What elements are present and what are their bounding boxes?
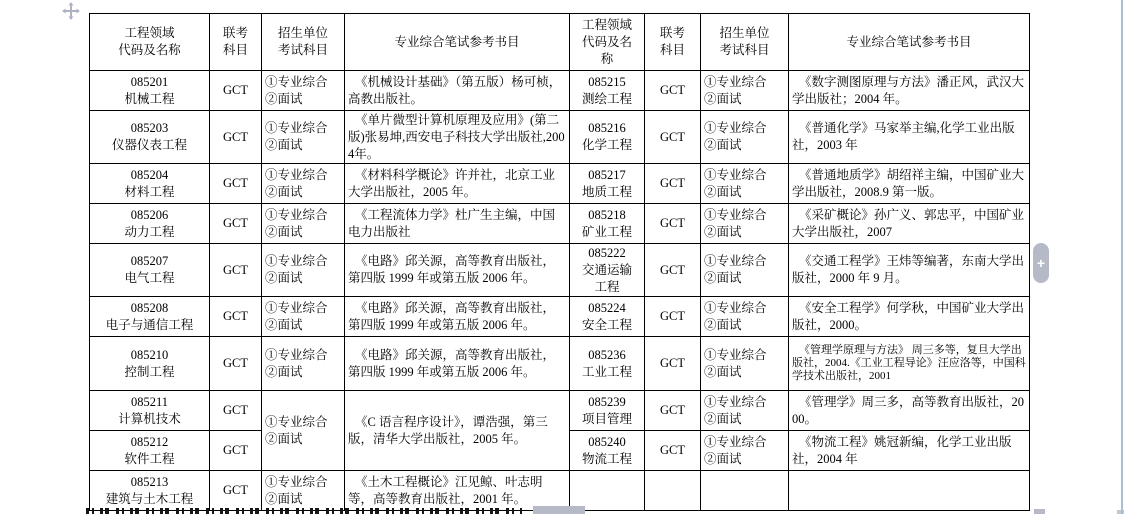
reference-books-cell: 《普通化学》马家举主编,化学工业出版社，2003 年 (789, 111, 1030, 164)
joint-exam-cell: GCT (210, 471, 262, 511)
joint-exam-cell: GCT (645, 204, 701, 244)
field-code-name-cell: 085211 计算机技术 (90, 391, 210, 431)
joint-exam-cell: GCT (210, 337, 262, 391)
reference-books-cell: 《安全工程学》何学秋，中国矿业大学出版社，2000。 (789, 297, 1030, 337)
reference-books-cell: 《电路》邱关源，高等教育出版社，第四版 1999 年或第五版 2006 年。 (345, 297, 570, 337)
clipped-text-line (86, 508, 522, 514)
table-row: 085207 电气工程GCT①专业综合 ②面试《电路》邱关源，高等教育出版社，第… (90, 244, 1030, 297)
reference-books-cell: 《材料科学概论》许并社，北京工业大学出版社，2005 年。 (345, 164, 570, 204)
joint-exam-cell (645, 471, 701, 511)
reference-books-cell: 《工程流体力学》杜广生主编，中国电力出版社 (345, 204, 570, 244)
joint-exam-cell: GCT (210, 297, 262, 337)
field-code-name-cell: 085217 地质工程 (570, 164, 645, 204)
joint-exam-cell: GCT (210, 431, 262, 471)
reference-books-cell: 《采矿概论》孙广义、郭忠平，中国矿业大学出版社，2007 (789, 204, 1030, 244)
horizontal-scrollbar-thumb[interactable] (533, 506, 585, 514)
joint-exam-cell: GCT (210, 111, 262, 164)
joint-exam-cell: GCT (645, 164, 701, 204)
unit-exam-header-right: 招生单位 考试科目 (701, 14, 789, 71)
joint-exam-cell: GCT (645, 297, 701, 337)
unit-exam-subjects-cell: ①专业综合 ②面试 (262, 337, 345, 391)
unit-exam-subjects-cell: ①专业综合 ②面试 (701, 431, 789, 471)
field-code-name-cell (570, 471, 645, 511)
reference-books-cell: 《数字测图原理与方法》潘正风，武汉大学出版社；2004 年。 (789, 71, 1030, 111)
joint-exam-cell: GCT (645, 111, 701, 164)
field-code-header-right: 工程领域 代码及名 称 (570, 14, 645, 71)
table-row: 085213 建筑与土木工程GCT①专业综合 ②面试《土木工程概论》江见鲸、叶志… (90, 471, 1030, 511)
reference-books-cell: 《物流工程》姚冠新编，化学工业出版社，2004 年 (789, 431, 1030, 471)
table-move-handle-icon[interactable] (62, 2, 80, 20)
unit-exam-subjects-cell: ①专业综合 ②面试 (262, 164, 345, 204)
joint-exam-cell: GCT (645, 71, 701, 111)
table-row: 085206 动力工程GCT①专业综合 ②面试《工程流体力学》杜广生主编，中国电… (90, 204, 1030, 244)
unit-exam-subjects-cell: ①专业综合 ②面试 (701, 244, 789, 297)
field-code-name-cell: 085212 软件工程 (90, 431, 210, 471)
joint-exam-header-left: 联考 科目 (210, 14, 262, 71)
joint-exam-cell: GCT (210, 391, 262, 431)
reference-books-cell: 《C 语言程序设计》，谭浩强，第三版，清华大学出版社，2005 年。 (345, 391, 570, 471)
table-row: 085211 计算机技术GCT①专业综合 ②面试《C 语言程序设计》，谭浩强，第… (90, 391, 1030, 431)
field-code-name-cell: 085216 化学工程 (570, 111, 645, 164)
field-code-name-cell: 085201 机械工程 (90, 71, 210, 111)
field-code-header-left: 工程领域 代码及名称 (90, 14, 210, 71)
header-row: 工程领域 代码及名称联考 科目招生单位 考试科目专业综合笔试参考书目工程领域 代… (90, 14, 1030, 71)
reference-books-header-right: 专业综合笔试参考书目 (789, 14, 1030, 71)
reference-books-cell: 《单片微型计算机原理及应用》(第二版)张易坤,西安电子科技大学出版社,2004年… (345, 111, 570, 164)
reference-books-cell: 《普通地质学》胡绍祥主编，中国矿业大学出版社，2008.9 第一版。 (789, 164, 1030, 204)
unit-exam-subjects-cell: ①专业综合 ②面试 (262, 71, 345, 111)
table-row: 085210 控制工程GCT①专业综合 ②面试《电路》邱关源，高等教育出版社，第… (90, 337, 1030, 391)
field-code-name-cell: 085236 工业工程 (570, 337, 645, 391)
unit-exam-subjects-cell: ①专业综合 ②面试 (701, 337, 789, 391)
table-row: 085201 机械工程GCT①专业综合 ②面试《机械设计基础》（第五版）杨可桢，… (90, 71, 1030, 111)
unit-exam-subjects-cell: ①专业综合 ②面试 (701, 71, 789, 111)
admissions-reference-table: 工程领域 代码及名称联考 科目招生单位 考试科目专业综合笔试参考书目工程领域 代… (89, 13, 1030, 511)
joint-exam-cell: GCT (645, 337, 701, 391)
document-page: 工程领域 代码及名称联考 科目招生单位 考试科目专业综合笔试参考书目工程领域 代… (0, 0, 1124, 514)
unit-exam-subjects-cell: ①专业综合 ②面试 (701, 391, 789, 431)
unit-exam-header-left: 招生单位 考试科目 (262, 14, 345, 71)
joint-exam-cell: GCT (210, 71, 262, 111)
move-arrows-icon (62, 2, 80, 20)
unit-exam-subjects-cell: ①专业综合 ②面试 (262, 391, 345, 471)
field-code-name-cell: 085239 项目管理 (570, 391, 645, 431)
plus-glyph: + (1037, 255, 1045, 271)
field-code-name-cell: 085213 建筑与土木工程 (90, 471, 210, 511)
table-row: 085208 电子与通信工程GCT①专业综合 ②面试《电路》邱关源，高等教育出版… (90, 297, 1030, 337)
reference-books-cell (789, 471, 1030, 511)
unit-exam-subjects-cell: ①专业综合 ②面试 (262, 111, 345, 164)
unit-exam-subjects-cell: ①专业综合 ②面试 (701, 111, 789, 164)
field-code-name-cell: 085204 材料工程 (90, 164, 210, 204)
unit-exam-subjects-cell: ①专业综合 ②面试 (262, 297, 345, 337)
joint-exam-cell: GCT (210, 204, 262, 244)
field-code-name-cell: 085207 电气工程 (90, 244, 210, 297)
reference-books-cell: 《电路》邱关源，高等教育出版社，第四版 1999 年或第五版 2006 年。 (345, 337, 570, 391)
joint-exam-header-right: 联考 科目 (645, 14, 701, 71)
field-code-name-cell: 085215 测绘工程 (570, 71, 645, 111)
joint-exam-cell: GCT (645, 431, 701, 471)
joint-exam-cell: GCT (210, 244, 262, 297)
joint-exam-cell: GCT (645, 391, 701, 431)
reference-books-cell: 《管理学》周三多，高等教育出版社，2000。 (789, 391, 1030, 431)
field-code-name-cell: 085210 控制工程 (90, 337, 210, 391)
insert-row-plus-icon[interactable]: + (1033, 243, 1049, 283)
reference-books-cell: 《管理学原理与方法》 周三多等，复旦大学出版社，2004.《工业工程导论》汪应洛… (789, 337, 1030, 391)
reference-books-cell: 《交通工程学》王炜等编著，东南大学出版社，2000 年 9 月。 (789, 244, 1030, 297)
unit-exam-subjects-cell: ①专业综合 ②面试 (701, 297, 789, 337)
unit-exam-subjects-cell: ①专业综合 ②面试 (701, 204, 789, 244)
field-code-name-cell: 085206 动力工程 (90, 204, 210, 244)
table-row: 085203 仪器仪表工程GCT①专业综合 ②面试《单片微型计算机原理及应用》(… (90, 111, 1030, 164)
field-code-name-cell: 085218 矿业工程 (570, 204, 645, 244)
field-code-name-cell: 085222 交通运输 工程 (570, 244, 645, 297)
reference-books-cell: 《土木工程概论》江见鲸、叶志明等，高等教育出版社，2001 年。 (345, 471, 570, 511)
reference-books-cell: 《电路》邱关源，高等教育出版社，第四版 1999 年或第五版 2006 年。 (345, 244, 570, 297)
reference-books-header-left: 专业综合笔试参考书目 (345, 14, 570, 71)
joint-exam-cell: GCT (210, 164, 262, 204)
unit-exam-subjects-cell (701, 471, 789, 511)
table-resize-handle[interactable] (1034, 509, 1045, 514)
unit-exam-subjects-cell: ①专业综合 ②面试 (701, 164, 789, 204)
window-right-edge (1121, 0, 1123, 514)
table-row: 085204 材料工程GCT①专业综合 ②面试《材料科学概论》许并社，北京工业大… (90, 164, 1030, 204)
field-code-name-cell: 085208 电子与通信工程 (90, 297, 210, 337)
unit-exam-subjects-cell: ①专业综合 ②面试 (262, 204, 345, 244)
unit-exam-subjects-cell: ①专业综合 ②面试 (262, 471, 345, 511)
field-code-name-cell: 085203 仪器仪表工程 (90, 111, 210, 164)
field-code-name-cell: 085224 安全工程 (570, 297, 645, 337)
reference-books-cell: 《机械设计基础》（第五版）杨可桢，高教出版社。 (345, 71, 570, 111)
unit-exam-subjects-cell: ①专业综合 ②面试 (262, 244, 345, 297)
joint-exam-cell: GCT (645, 244, 701, 297)
field-code-name-cell: 085240 物流工程 (570, 431, 645, 471)
